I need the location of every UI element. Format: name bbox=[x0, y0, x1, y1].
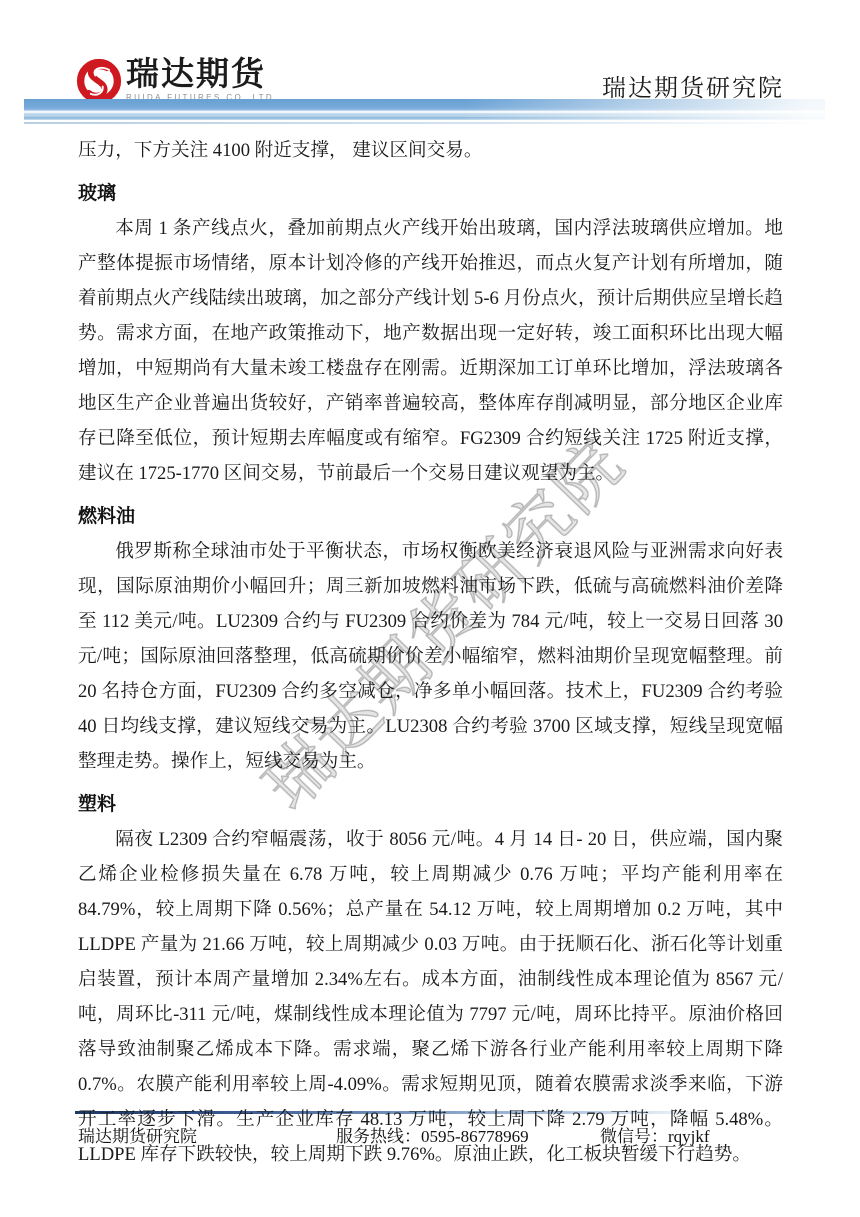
header-divider-band bbox=[24, 99, 825, 120]
section-heading-glass: 玻璃 bbox=[78, 176, 783, 211]
header-divider-underline bbox=[24, 122, 825, 124]
footer-hotline-number: 0595-86778969 bbox=[421, 1127, 529, 1146]
section-heading-fuel-oil: 燃料油 bbox=[78, 499, 783, 534]
section-body-fuel-oil: 俄罗斯称全球油市处于平衡状态，市场权衡欧美经济衰退风险与亚洲需求向好表现，国际原… bbox=[78, 534, 783, 779]
brand-logo: 瑞达期货 RUIDA FUTURES CO.,LTD. bbox=[76, 56, 279, 104]
ruida-swirl-icon bbox=[76, 58, 122, 104]
report-body: 压力，下方关注 4100 附近支撑， 建议区间交易。 玻璃 本周 1 条产线点火… bbox=[78, 133, 783, 1172]
footer: 瑞达期货研究院 服务热线：0595-86778969 微信号：rqyjkf bbox=[78, 1122, 783, 1146]
footer-hotline-label: 服务热线： bbox=[336, 1127, 421, 1146]
brand-text: 瑞达期货 RUIDA FUTURES CO.,LTD. bbox=[126, 56, 279, 102]
header-institute-title: 瑞达期货研究院 bbox=[602, 68, 784, 103]
footer-wechat-label: 微信号： bbox=[600, 1127, 668, 1146]
footer-hotline: 服务热线：0595-86778969 bbox=[336, 1122, 529, 1147]
intro-paragraph: 压力，下方关注 4100 附近支撑， 建议区间交易。 bbox=[78, 133, 783, 168]
footer-institute: 瑞达期货研究院 bbox=[78, 1122, 197, 1147]
section-body-plastic: 隔夜 L2309 合约窄幅震荡，收于 8056 元/吨。4 月 14 日- 20… bbox=[78, 822, 783, 1172]
section-body-glass: 本周 1 条产线点火，叠加前期点火产线开始出玻璃，国内浮法玻璃供应增加。地产整体… bbox=[78, 211, 783, 491]
section-heading-plastic: 塑料 bbox=[78, 787, 783, 822]
brand-name: 瑞达期货 bbox=[126, 56, 279, 92]
footer-wechat: 微信号：rqyjkf bbox=[600, 1122, 710, 1147]
footer-wechat-id: rqyjkf bbox=[668, 1127, 710, 1146]
report-page: 瑞达期货 RUIDA FUTURES CO.,LTD. 瑞达期货研究院 瑞达期货… bbox=[0, 0, 860, 1217]
